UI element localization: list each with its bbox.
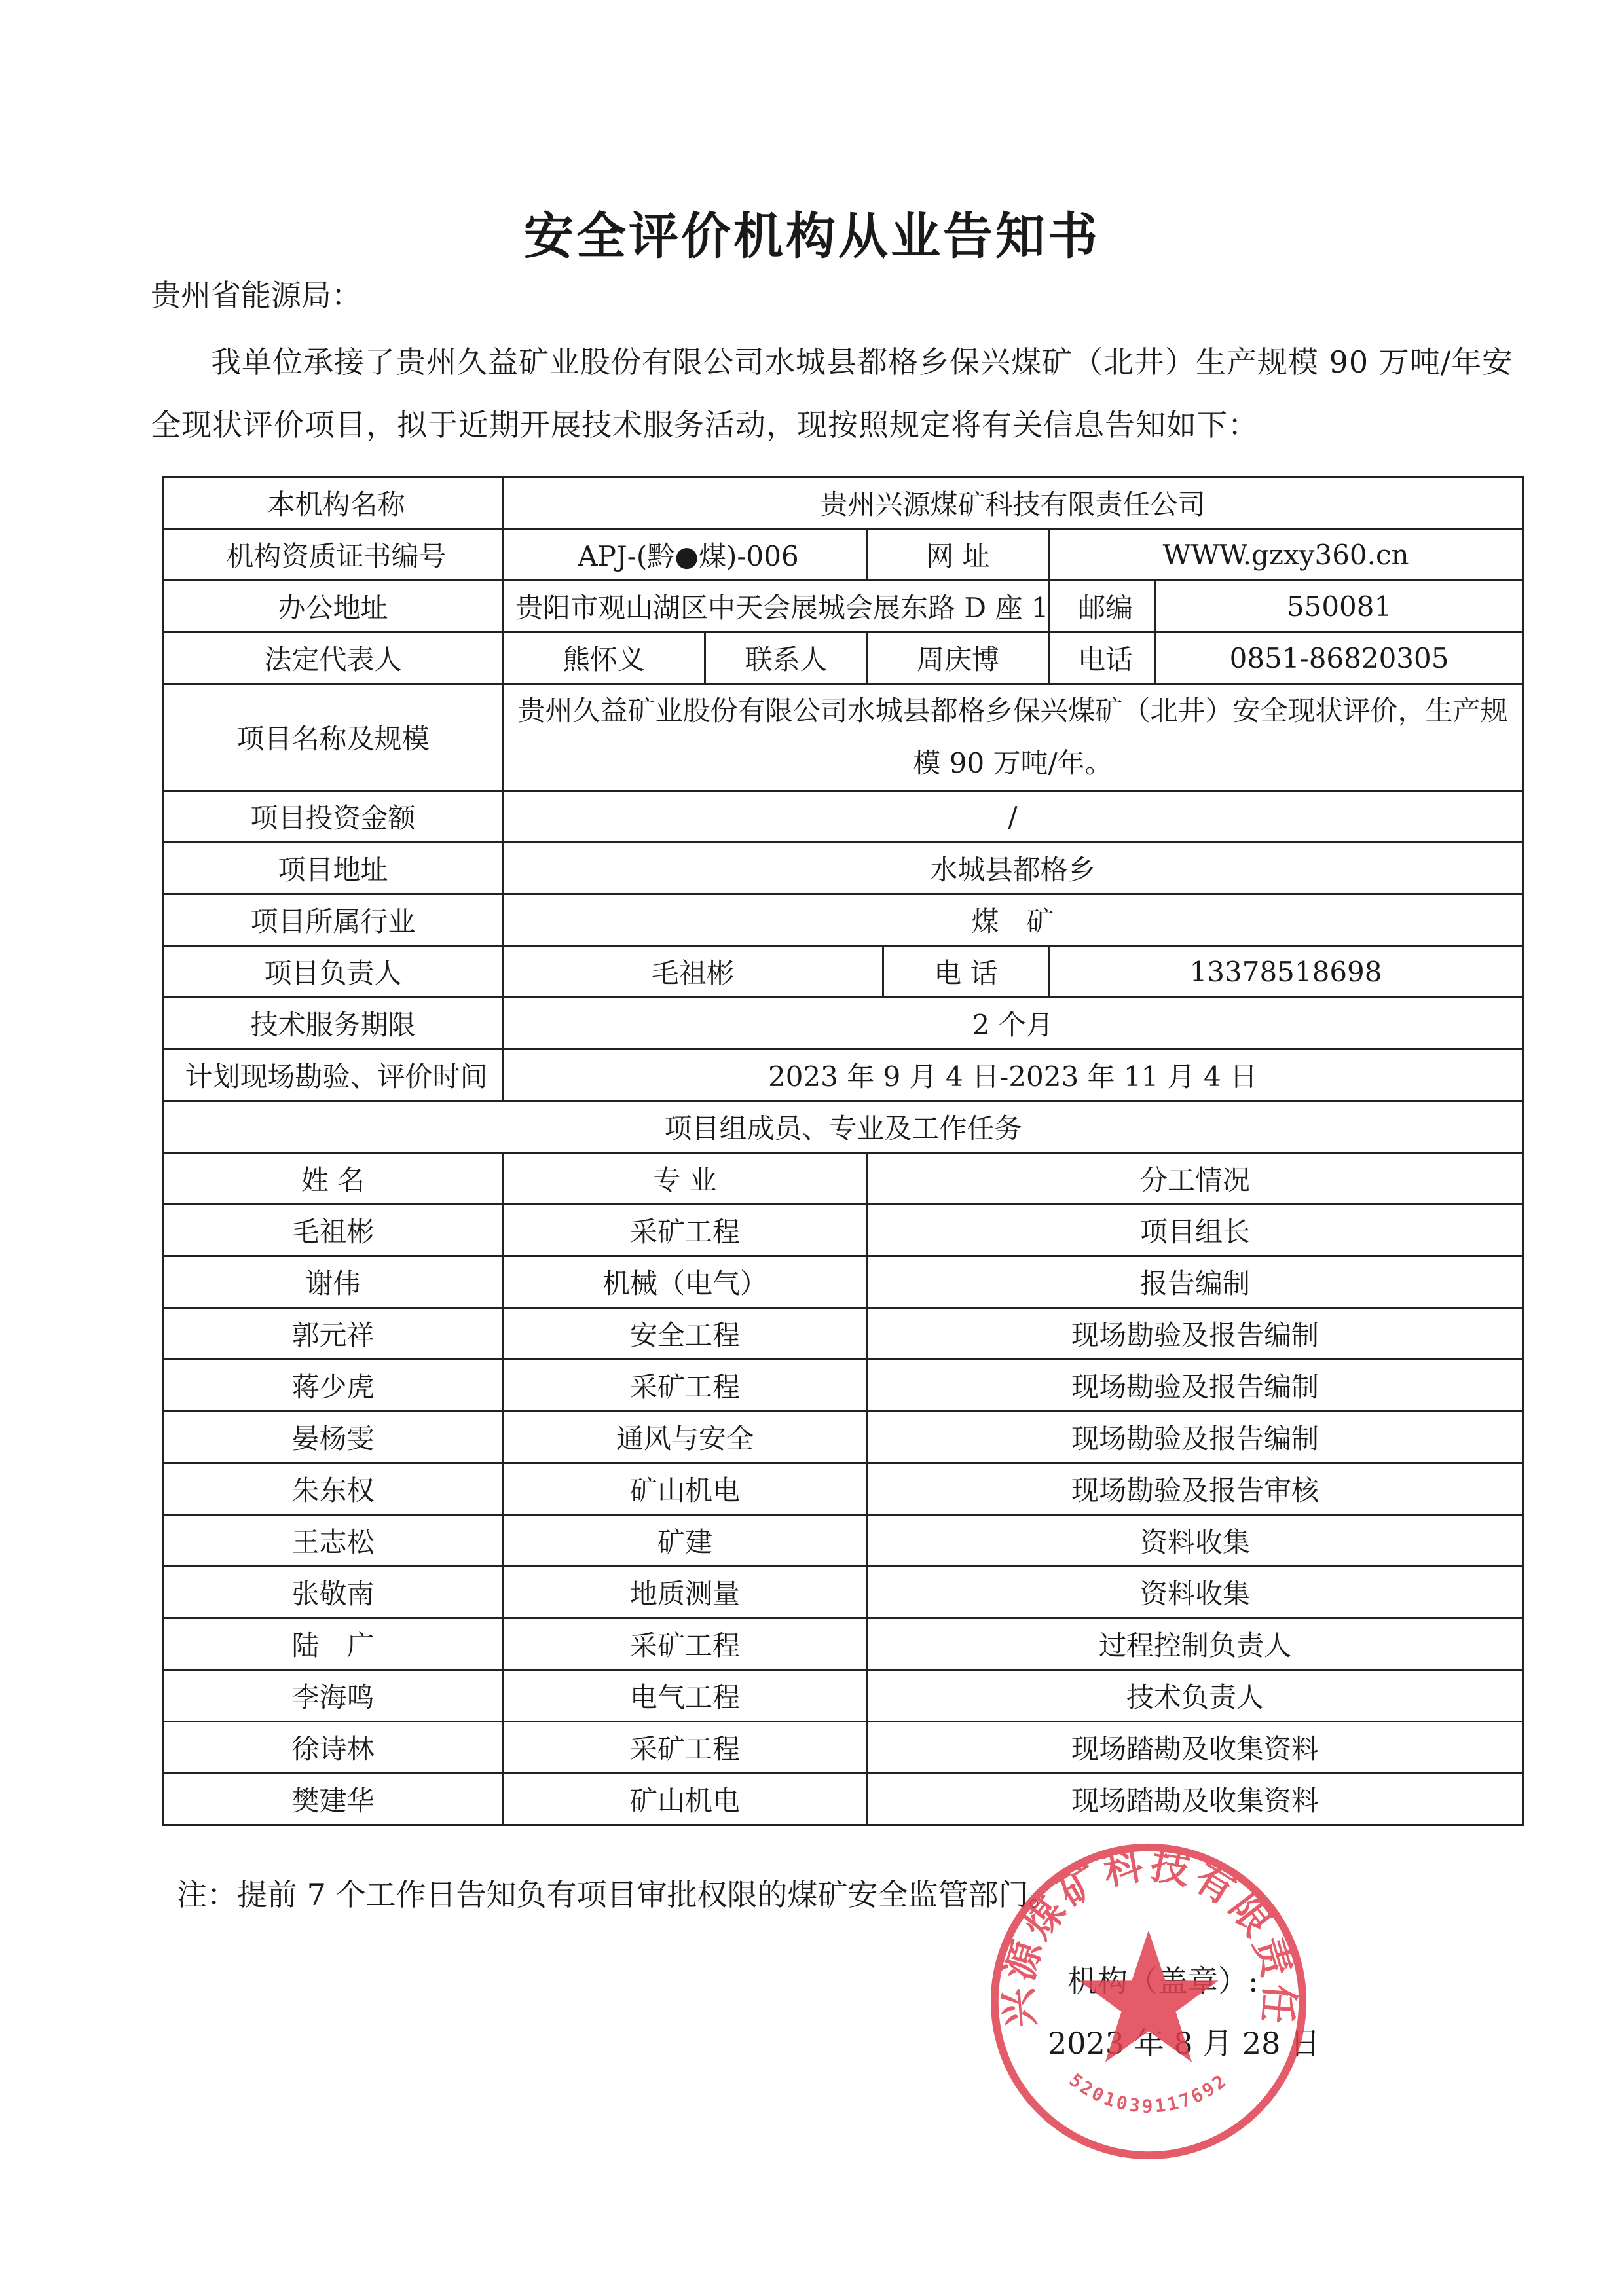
member-name: 张敬南 [164,1567,503,1618]
member-major: 采矿工程 [503,1722,868,1774]
leader-label: 项目负责人 [164,946,503,998]
table-row: 晏杨雯通风与安全现场勘验及报告编制 [164,1412,1523,1463]
location-value: 水城县都格乡 [503,843,1523,894]
table-row: 张敬南地质测量资料收集 [164,1567,1523,1618]
org-name-value: 贵州兴源煤矿科技有限责任公司 [503,477,1523,529]
footnote: 注：提前 7 个工作日告知负有项目审批权限的煤矿安全监管部门。 [177,1871,1059,1914]
table-row: 徐诗林采矿工程现场踏勘及收集资料 [164,1722,1523,1774]
postcode-value: 550081 [1156,581,1523,632]
team-header: 项目组成员、专业及工作任务 [164,1101,1523,1153]
member-task: 现场勘验及报告编制 [868,1360,1523,1412]
row-investment: 项目投资金额 / [164,791,1523,843]
leader-phone-value: 13378518698 [1049,946,1523,998]
member-major: 机械（电气） [503,1256,868,1308]
table-row: 蒋少虎采矿工程现场勘验及报告编制 [164,1360,1523,1412]
address-value: 贵阳市观山湖区中天会展城会展东路 D 座 14 楼 [503,581,1049,632]
member-task: 现场踏勘及收集资料 [868,1774,1523,1825]
member-name: 朱东权 [164,1463,503,1515]
row-schedule: 计划现场勘验、评价时间 2023 年 9 月 4 日-2023 年 11 月 4… [164,1049,1523,1101]
table-row: 王志松矿建资料收集 [164,1515,1523,1567]
member-task: 现场勘验及报告编制 [868,1308,1523,1360]
row-location: 项目地址 水城县都格乡 [164,843,1523,894]
signature-label: 机构（盖章）: [1067,1958,1259,2001]
member-task: 技术负责人 [868,1670,1523,1722]
member-name: 李海鸣 [164,1670,503,1722]
team-columns: 姓 名 专 业 分工情况 [164,1153,1523,1205]
investment-label: 项目投资金额 [164,791,503,843]
website-value: WWW.gzxy360.cn [1049,529,1523,581]
member-name: 谢伟 [164,1256,503,1308]
member-major: 矿山机电 [503,1774,868,1825]
row-org-name: 本机构名称 贵州兴源煤矿科技有限责任公司 [164,477,1523,529]
member-major: 安全工程 [503,1308,868,1360]
table-row: 毛祖彬采矿工程项目组长 [164,1205,1523,1256]
member-task: 现场踏勘及收集资料 [868,1722,1523,1774]
row-team-header: 项目组成员、专业及工作任务 [164,1101,1523,1153]
member-major: 电气工程 [503,1670,868,1722]
contact-label: 联系人 [705,632,868,684]
project-label: 项目名称及规模 [164,684,503,791]
member-task: 资料收集 [868,1567,1523,1618]
schedule-value: 2023 年 9 月 4 日-2023 年 11 月 4 日 [503,1049,1523,1101]
leader-value: 毛祖彬 [503,946,883,998]
page-title: 安全评价机构从业告知书 [0,196,1624,268]
member-major: 矿山机电 [503,1463,868,1515]
member-task: 项目组长 [868,1205,1523,1256]
legal-rep-value: 熊怀义 [503,632,705,684]
table-row: 陆 广采矿工程过程控制负责人 [164,1618,1523,1670]
row-project: 项目名称及规模 贵州久益矿业股份有限公司水城县都格乡保兴煤矿（北井）安全现状评价… [164,684,1523,791]
table-row: 李海鸣电气工程技术负责人 [164,1670,1523,1722]
member-major: 采矿工程 [503,1360,868,1412]
contact-value: 周庆博 [868,632,1049,684]
member-name: 樊建华 [164,1774,503,1825]
table-row: 郭元祥安全工程现场勘验及报告编制 [164,1308,1523,1360]
row-legal-rep: 法定代表人 熊怀义 联系人 周庆博 电话 0851-86820305 [164,632,1523,684]
col-task: 分工情况 [868,1153,1523,1205]
table-row: 樊建华矿山机电现场踏勘及收集资料 [164,1774,1523,1825]
cert-value: APJ-(黔●煤)-006 [503,529,868,581]
industry-label: 项目所属行业 [164,894,503,946]
legal-rep-label: 法定代表人 [164,632,503,684]
member-major: 通风与安全 [503,1412,868,1463]
member-major: 采矿工程 [503,1205,868,1256]
leader-phone-label: 电 话 [883,946,1049,998]
cert-label: 机构资质证书编号 [164,529,503,581]
org-name-label: 本机构名称 [164,477,503,529]
member-task: 资料收集 [868,1515,1523,1567]
sign-date: 2023 年 8 月 28 日 [1048,2020,1320,2063]
member-task: 现场勘验及报告审核 [868,1463,1523,1515]
member-name: 徐诗林 [164,1722,503,1774]
schedule-label: 计划现场勘验、评价时间 [164,1049,503,1101]
website-label: 网 址 [868,529,1049,581]
member-major: 矿建 [503,1515,868,1567]
address-label: 办公地址 [164,581,503,632]
member-major: 采矿工程 [503,1618,868,1670]
phone-value: 0851-86820305 [1156,632,1523,684]
table-row: 谢伟机械（电气）报告编制 [164,1256,1523,1308]
investment-value: / [503,791,1523,843]
period-label: 技术服务期限 [164,998,503,1049]
salutation: 贵州省能源局： [151,272,361,315]
member-name: 郭元祥 [164,1308,503,1360]
industry-value: 煤 矿 [503,894,1523,946]
member-task: 过程控制负责人 [868,1618,1523,1670]
info-table: 本机构名称 贵州兴源煤矿科技有限责任公司 机构资质证书编号 APJ-(黔●煤)-… [162,476,1524,1826]
member-name: 毛祖彬 [164,1205,503,1256]
member-name: 蒋少虎 [164,1360,503,1412]
member-name: 王志松 [164,1515,503,1567]
row-leader: 项目负责人 毛祖彬 电 话 13378518698 [164,946,1523,998]
project-value: 贵州久益矿业股份有限公司水城县都格乡保兴煤矿（北井）安全现状评价，生产规模 90… [503,684,1523,791]
table-row: 朱东权矿山机电现场勘验及报告审核 [164,1463,1523,1515]
location-label: 项目地址 [164,843,503,894]
member-name: 陆 广 [164,1618,503,1670]
member-name: 晏杨雯 [164,1412,503,1463]
intro-paragraph: 我单位承接了贵州久益矿业股份有限公司水城县都格乡保兴煤矿（北井）生产规模 90 … [151,331,1532,456]
row-industry: 项目所属行业 煤 矿 [164,894,1523,946]
row-address: 办公地址 贵阳市观山湖区中天会展城会展东路 D 座 14 楼 邮编 550081 [164,581,1523,632]
postcode-label: 邮编 [1049,581,1156,632]
member-major: 地质测量 [503,1567,868,1618]
col-major: 专 业 [503,1153,868,1205]
phone-label: 电话 [1049,632,1156,684]
member-task: 报告编制 [868,1256,1523,1308]
row-period: 技术服务期限 2 个月 [164,998,1523,1049]
svg-text:5201039117692: 5201039117692 [1065,2069,1232,2117]
row-cert: 机构资质证书编号 APJ-(黔●煤)-006 网 址 WWW.gzxy360.c… [164,529,1523,581]
member-task: 现场勘验及报告编制 [868,1412,1523,1463]
period-value: 2 个月 [503,998,1523,1049]
col-name: 姓 名 [164,1153,503,1205]
